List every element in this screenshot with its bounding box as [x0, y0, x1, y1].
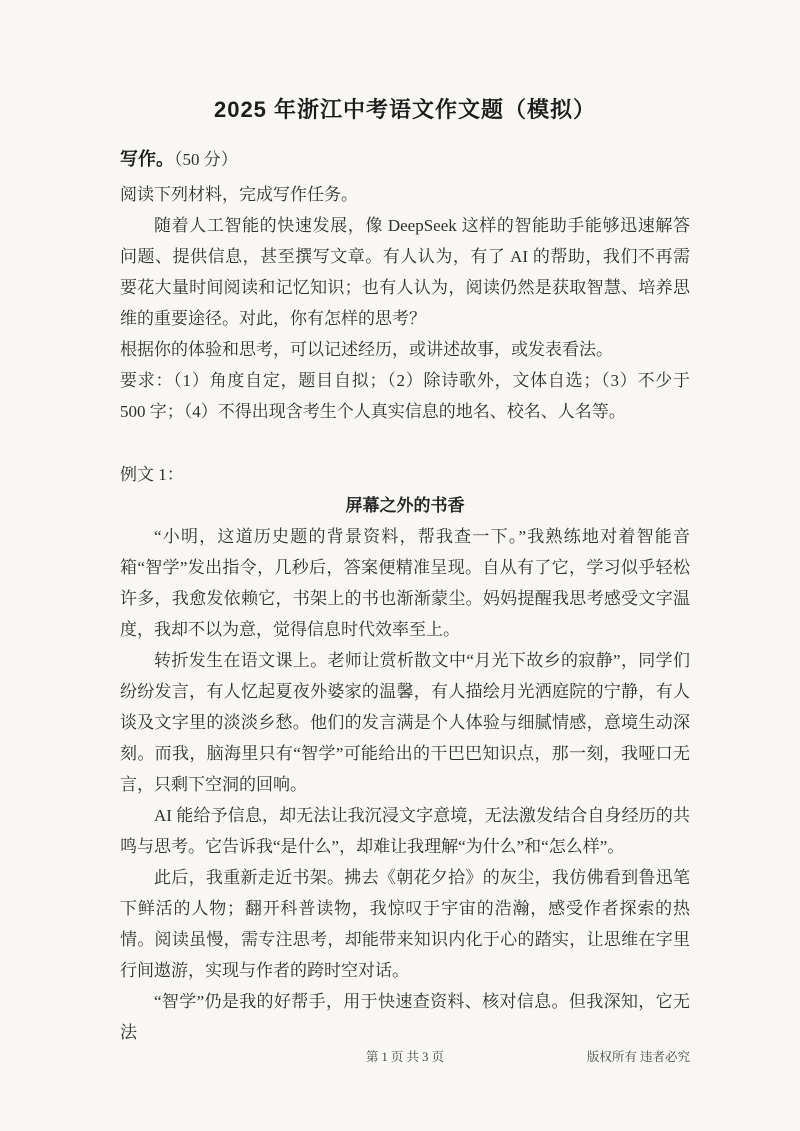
intro-line: 阅读下列材料，完成写作任务。	[120, 179, 690, 210]
page-title: 2025 年浙江中考语文作文题（模拟）	[110, 96, 700, 124]
essay-paragraph: 此后，我重新走近书架。拂去《朝花夕拾》的灰尘，我仿佛看到鲁迅笔下鲜活的人物；翻开…	[120, 862, 690, 986]
material-paragraph: 随着人工智能的快速发展，像 DeepSeek 这样的智能助手能够迅速解答问题、提…	[120, 210, 690, 334]
page-footer: 第 1 页 共 3 页 版权所有 违者必究	[120, 1049, 690, 1065]
document-page: 2025 年浙江中考语文作文题（模拟） 写作。（50 分） 阅读下列材料，完成写…	[0, 0, 800, 1131]
section-heading: 写作。	[120, 149, 174, 169]
guidance-line: 根据你的体验和思考，可以记述经历，或讲述故事，或发表看法。	[120, 334, 690, 365]
requirements-paragraph: 要求：（1）角度自定，题目自拟；（2）除诗歌外，文体自选；（3）不少于 500 …	[120, 365, 690, 427]
essay-paragraph: AI 能给予信息，却无法让我沉浸文字意境，无法激发结合自身经历的共鸣与思考。它告…	[120, 800, 690, 862]
essay-paragraph: “小明，这道历史题的背景资料，帮我查一下。”我熟练地对着智能音箱“智学”发出指令…	[120, 521, 690, 645]
essay-paragraph: “智学”仍是我的好帮手，用于快速查资料、核对信息。但我深知，它无法	[120, 986, 690, 1048]
section-score: （50 分）	[174, 150, 238, 169]
section-heading-line: 写作。（50 分）	[120, 144, 690, 175]
footer-copyright: 版权所有 违者必究	[587, 1049, 690, 1065]
essay-paragraph: 转折发生在语文课上。老师让赏析散文中“月光下故乡的寂静”，同学们纷纷发言，有人忆…	[120, 645, 690, 800]
essay-title: 屏幕之外的书香	[120, 490, 690, 521]
example-label: 例文 1：	[120, 459, 690, 490]
footer-page-number: 第 1 页 共 3 页	[366, 1050, 444, 1064]
